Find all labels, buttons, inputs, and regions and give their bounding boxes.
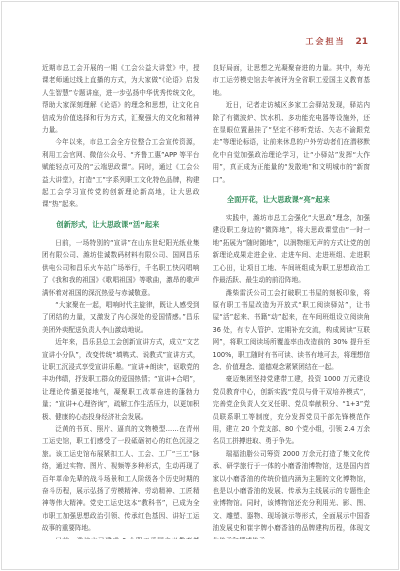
body-paragraph: 瑞福油脂公司筹资 2000 万余元打造了集文化传承、研学旅行于一体的小磨香油博物… (213, 448, 371, 539)
body-paragraph: 今年以来，市总工会全方位整合工会宣传资源，利用工会官网、微信公众号、“齐鲁工惠”… (42, 136, 200, 210)
body-paragraph: 近日，记者走访城区多家工会驿站发现，驿站内除了有微波炉、饮水机、多功能充电器等设… (213, 99, 371, 186)
body-paragraph: 泛黄的书页、照片、逼真的文物模型……在青州工运史馆，职工们感受了一段砥砺初心的红… (42, 423, 200, 535)
body-paragraph: 近期市总工会开展的一期《工会公益大讲堂》中，授课老师通过线上直播的方式，为大家做… (42, 62, 200, 136)
left-column: 近期市总工会开展的一期《工会公益大讲堂》中，授课老师通过线上直播的方式，为大家做… (42, 62, 200, 539)
body-paragraph: 实践中，潍坊市总工会强化“大思政”理念，加强建设职工身边的“微阵地”，将大思政课… (213, 212, 371, 286)
section-heading: 创新形式，让大思政课“活”起来 (42, 219, 200, 231)
magazine-page: 工会担当 21 近期市总工会开展的一期《工会公益大讲堂》中，授课老师通过线上直播… (1, 1, 399, 570)
body-paragraph: 良好局面，让思想之光凝聚奋进的力量。其中，寿光市工运劳模史馆去年被评为全省职工爱… (213, 62, 371, 99)
article-body: 近期市总工会开展的一期《工会公益大讲堂》中，授课老师通过线上直播的方式，为大家做… (42, 62, 370, 539)
body-paragraph: 目前，潍坊市已建成 6 个职工爱国主义教育基地，形成了思政教育有阵地、有活动、有… (42, 535, 200, 539)
body-paragraph: 潍柴雷沃公司工会打破职工书屋的刻板印象，将原有职工书屋改造为开放式“职工阅读驿站… (213, 287, 371, 374)
body-paragraph: 日前，一场特别的“宣讲”在山东世纪阳光纸业集团有限公司、潍坊佳诚数码材料有限公司… (42, 237, 200, 299)
body-paragraph: 近年来，昌乐县总工会创新宣讲方式，成立“文艺宣讲小分队”，改变传统“填鸭式、说教… (42, 336, 200, 423)
body-paragraph: 豪迈集团坚持党建带工建，投资 1000 万元建设党员教育中心，创新实践“党员与骨… (213, 373, 371, 447)
section-label: 工会担当 (305, 36, 345, 47)
section-heading: 全面开花，让大思政课“亮”起来 (213, 194, 371, 206)
right-column: 良好局面，让思想之光凝聚奋进的力量。其中，寿光市工运劳模史馆去年被评为全省职工爱… (213, 62, 371, 539)
page-number: 21 (355, 37, 368, 47)
page-header: 工会担当 21 (305, 36, 368, 47)
body-paragraph: “大家聚在一起，唱响时代主旋律，既让人感受到了团结的力量，又激发了内心深处的爱国… (42, 299, 200, 336)
